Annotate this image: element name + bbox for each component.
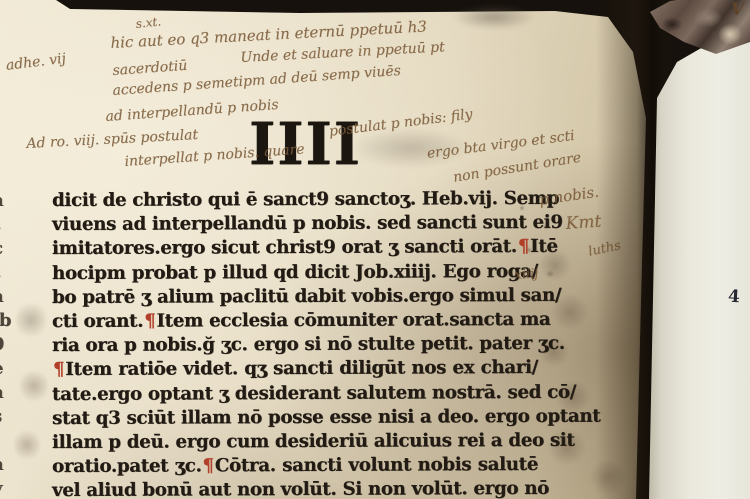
edge-cut-glyph: a	[0, 190, 10, 211]
printed-text-line: hocipm probat p illud qd dicit Job.xiiij…	[52, 261, 538, 287]
printed-text-block: dicit de christo qui ē sanct9 sanctoʒ. H…	[52, 189, 538, 499]
marginal-note: Kmt	[565, 212, 602, 234]
printed-text-line: ¶Item ratiōe videt. qʒ sancti diligūt no…	[52, 357, 538, 383]
rubric-pilcrow: ¶	[52, 359, 65, 380]
printed-text-line: bo patrē ʒ alium paclitū dabit vobis.erg…	[52, 285, 538, 311]
printed-text-line: stat q3 sciūt illam nō posse esse nisi a…	[52, 406, 538, 432]
edge-cut-glyph: a	[0, 286, 10, 307]
edge-cut-glyph: a	[0, 382, 10, 403]
edge-cut-glyph: c	[0, 238, 10, 259]
printed-text-line: illam p deū. ergo cum desideriū alicuius…	[52, 430, 538, 456]
printed-text-line: ria ora p nobis.ğ ʒc. ergo si nō stulte …	[52, 333, 538, 359]
edge-cut-glyph: e	[0, 358, 10, 379]
printed-text-line: tate.ergo optant ʒ desiderant salutem no…	[52, 381, 538, 407]
printed-text-line: cti orant.¶Item ecclesia cōmuniter orat.…	[52, 309, 538, 335]
rubric-pilcrow: ¶	[517, 236, 530, 257]
edge-cut-glyph: a	[0, 454, 10, 475]
printed-signature-mark: 4	[727, 287, 740, 308]
edge-cut-glyph: t	[0, 262, 10, 283]
handwritten-v-mark: V	[731, 0, 744, 20]
printed-text-line: vel aliud bonū aut non volūt. Si non vol…	[52, 478, 538, 499]
printed-text-line: dicit de christo qui ē sanct9 sanctoʒ. H…	[52, 188, 538, 214]
marginal-note: s.xt.	[135, 14, 162, 31]
facing-page-edge	[645, 0, 750, 499]
printed-text-line: viuens ad interpellandū p nobis. sed san…	[52, 212, 538, 238]
marginal-note: xiiij	[514, 266, 539, 283]
edge-cut-glyph: t	[0, 214, 10, 235]
edge-cut-glyph: .	[0, 430, 10, 451]
edge-cut-glyph: s	[0, 406, 10, 427]
printed-text-line: imitatores.ergo sicut christ9 orat ʒ san…	[52, 236, 538, 262]
edge-cut-glyph: ib	[0, 310, 10, 331]
edge-cut-glyph: v	[0, 478, 10, 499]
printed-text-line: oratio.patet ʒc.¶Cōtra. sancti volunt no…	[52, 454, 538, 480]
book-photo: IIII dicit de christo qui ē sanct9 sanct…	[0, 0, 750, 499]
edge-cut-glyph: 9	[0, 334, 10, 355]
rubric-pilcrow: ¶	[143, 311, 156, 332]
rubric-pilcrow: ¶	[201, 455, 214, 476]
